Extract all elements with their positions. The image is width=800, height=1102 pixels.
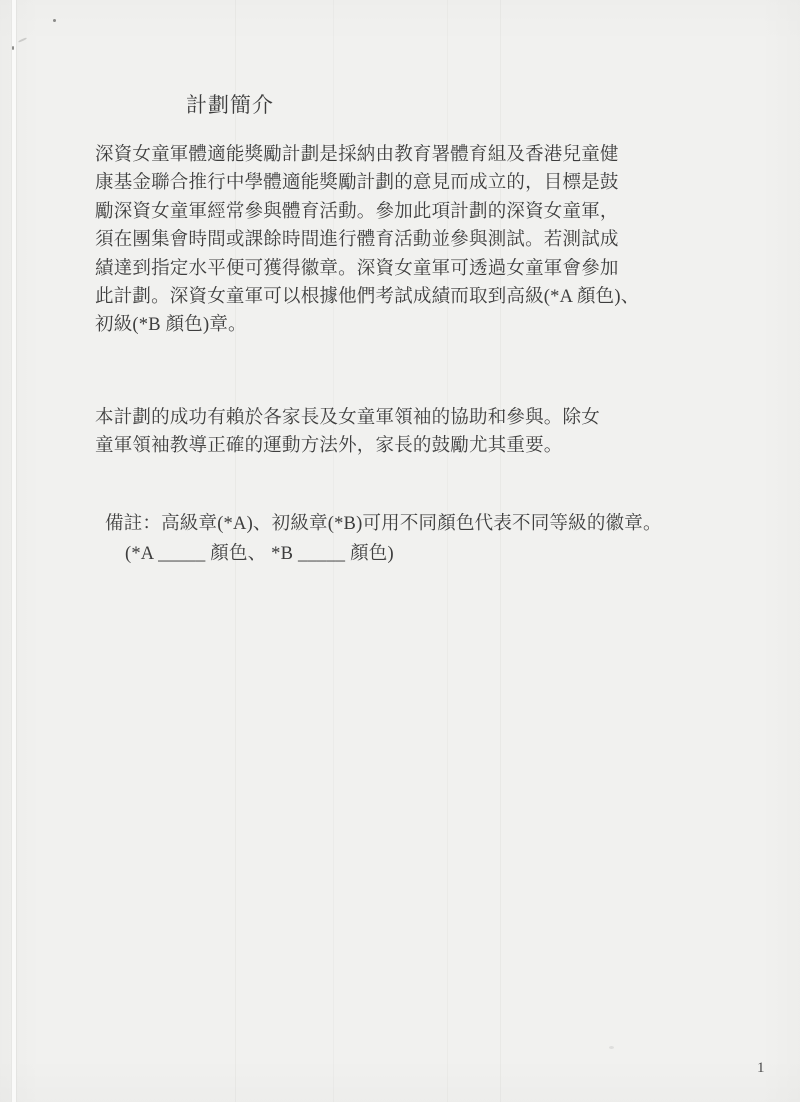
paragraph-line: 康基金聯合推行中學體適能獎勵計劃的意見而成立的，目標是鼓 (95, 169, 639, 197)
scan-speck (53, 19, 56, 22)
intro-paragraph: 深資女童軍體適能獎勵計劃是採納由教育署體育組及香港兒童健 康基金聯合推行中學體適… (95, 141, 639, 340)
paragraph-line: 初級(*B 顏色)章。 (95, 311, 639, 339)
acknowledgement-paragraph: 本計劃的成功有賴於各家長及女童軍領袖的協助和參與。除女 童軍領袖教導正確的運動方… (95, 404, 600, 461)
paragraph-line: 勵深資女童軍經常參與體育活動。參加此項計劃的深資女童軍， (95, 198, 639, 226)
page-title: 計劃簡介 (186, 89, 274, 119)
scan-speck (12, 46, 14, 50)
paragraph-line: 本計劃的成功有賴於各家長及女童軍領袖的協助和參與。除女 (95, 404, 600, 432)
paragraph-line: 深資女童軍體適能獎勵計劃是採納由教育署體育組及香港兒童健 (95, 141, 639, 169)
scan-edge-fold-line (12, 0, 16, 1102)
paragraph-line: 須在團集會時間或課餘時間進行體育活動並參與測試。若測試成 (95, 226, 639, 254)
scan-speck (609, 1046, 614, 1049)
scan-speck (18, 37, 27, 43)
paragraph-line: 績達到指定水平便可獲得徽章。深資女童軍可透過女童軍會參加 (95, 255, 639, 283)
remark-line: (*A _____ 顏色、 *B _____ 顏色) (105, 539, 662, 569)
paragraph-line: 此計劃。深資女童軍可以根據他們考試成績而取到高級(*A 顏色)、 (95, 283, 639, 311)
remark-note: 備註：高級章(*A)、初級章(*B)可用不同顏色代表不同等級的徽章。 (*A _… (105, 509, 662, 569)
paragraph-line: 童軍領袖教導正確的運動方法外，家長的鼓勵尤其重要。 (95, 432, 600, 460)
remark-line: 備註：高級章(*A)、初級章(*B)可用不同顏色代表不同等級的徽章。 (105, 509, 662, 539)
page-number: 1 (757, 1060, 765, 1077)
